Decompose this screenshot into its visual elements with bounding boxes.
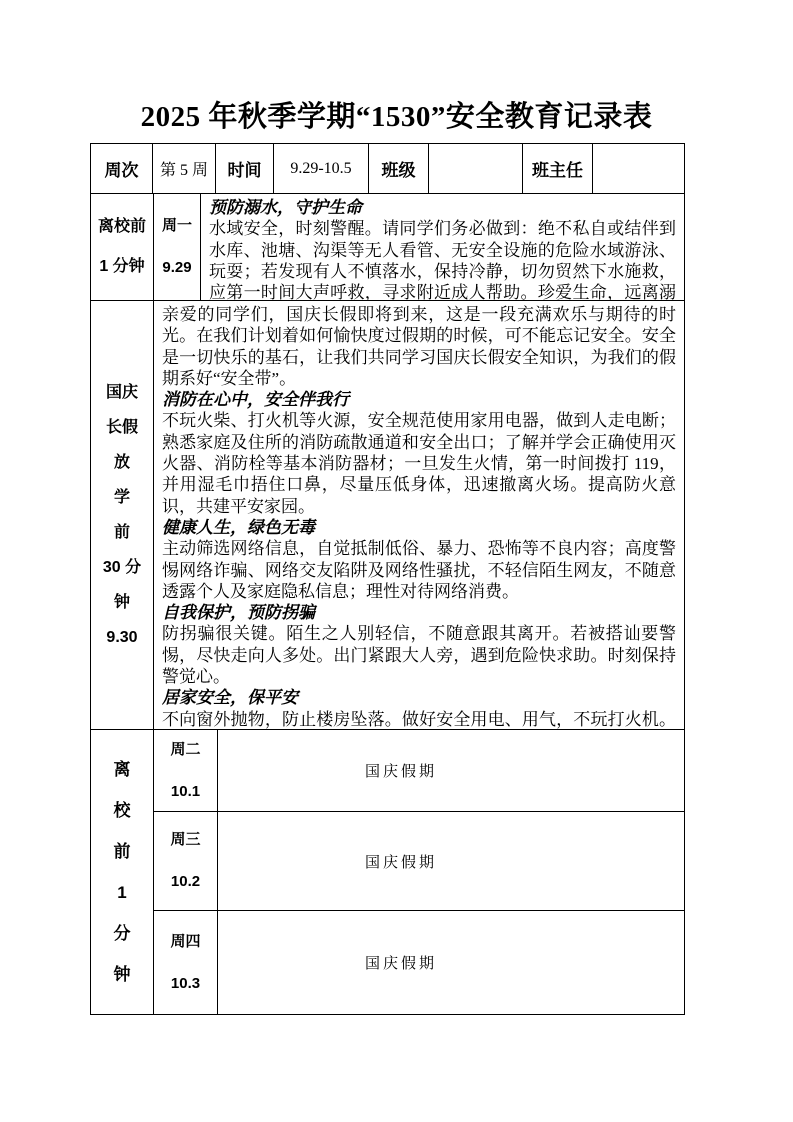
thursday-date: 10.3: [171, 963, 200, 1005]
healthy-life-heading: 健康人生，绿色无毒: [162, 517, 676, 538]
holiday-when-line: 学: [114, 480, 130, 515]
class-label-cell: 班级: [369, 144, 429, 193]
leave-when-char: 钟: [114, 954, 131, 995]
leave-when-char: 分: [114, 913, 131, 954]
document-title: 2025 年秋季学期“1530”安全教育记录表: [0, 94, 793, 135]
leave-when-cell: 离 校 前 1 分 钟: [91, 730, 154, 1014]
class-value-cell[interactable]: [429, 144, 523, 193]
thursday-day-cell: 周四 10.3: [154, 911, 218, 1014]
monday-when-line: 1 分钟: [99, 247, 144, 287]
home-safety-body: 不向窗外抛物，防止楼房坠落。做好安全用电、用气，不玩打火机。不要用食品标识的器具…: [162, 709, 676, 729]
tuesday-day: 周二: [170, 729, 200, 771]
wednesday-day: 周三: [170, 819, 200, 861]
wednesday-row: 周三 10.2 国庆假期: [154, 812, 684, 911]
drowning-prevention-body: 水域安全，时刻警醒。请同学们务必做到：绝不私自或结伴到水库、池塘、沟渠等无人看管…: [209, 218, 676, 300]
safety-record-table: 周次 第 5 周 时间 9.29-10.5 班级 班主任 离校前 1 分钟 周一…: [90, 143, 685, 1015]
holiday-when-line: 前: [114, 515, 130, 550]
leave-when-char: 1: [117, 872, 126, 913]
holiday-when-line: 钟: [114, 585, 130, 620]
home-safety-heading: 居家安全，保平安: [162, 687, 676, 708]
thursday-row: 周四 10.3 国庆假期: [154, 911, 684, 1014]
tuesday-date: 10.1: [171, 771, 200, 813]
tuesday-content-cell: 国庆假期: [218, 730, 684, 811]
holiday-when-line: 30 分: [103, 550, 141, 585]
healthy-life-body: 主动筛选网络信息，自觉抵制低俗、暴力、恐怖等不良内容；高度警惕网络诈骗、网络交友…: [162, 538, 676, 602]
monday-row: 离校前 1 分钟 周一 9.29 预防溺水，守护生命 水域安全，时刻警醒。请同学…: [91, 194, 684, 301]
monday-when-cell: 离校前 1 分钟: [91, 194, 154, 300]
monday-date: 9.29: [162, 247, 191, 289]
thursday-content-cell: 国庆假期: [218, 911, 684, 1014]
leave-when-char: 离: [114, 749, 131, 790]
holiday-when-cell: 国庆 长假 放 学 前 30 分 钟 9.30: [91, 301, 154, 729]
teacher-value-cell[interactable]: [593, 144, 684, 193]
holiday-when-line: 国庆: [106, 375, 138, 410]
self-protection-body: 防拐骗很关键。陌生之人别轻信，不随意跟其离开。若被搭讪要警惕，尽快走向人多处。出…: [162, 623, 676, 687]
days-stack: 周二 10.1 国庆假期 周三 10.2 国庆假期 周四 10.3: [154, 730, 684, 1014]
fire-safety-body: 不玩火柴、打火机等火源，安全规范使用家用电器，做到人走电断；熟悉家庭及住所的消防…: [162, 410, 676, 516]
holiday-intro: 亲爱的同学们，国庆长假即将到来，这是一段充满欢乐与期待的时光。在我们计划着如何愉…: [162, 304, 676, 389]
wednesday-content-cell: 国庆假期: [218, 812, 684, 910]
leave-when-char: 前: [114, 831, 131, 872]
self-protection-heading: 自我保护，预防拐骗: [162, 602, 676, 623]
holiday-row: 国庆 长假 放 学 前 30 分 钟 9.30 亲爱的同学们，国庆长假即将到来，…: [91, 301, 684, 730]
holiday-when-line: 放: [114, 445, 130, 480]
week-label-cell: 周次: [91, 144, 153, 193]
wednesday-day-cell: 周三 10.2: [154, 812, 218, 910]
leave-when-char: 校: [114, 790, 131, 831]
teacher-label-cell: 班主任: [523, 144, 593, 193]
tuesday-row: 周二 10.1 国庆假期: [154, 730, 684, 812]
tuesday-day-cell: 周二 10.1: [154, 730, 218, 811]
monday-content-cell: 预防溺水，守护生命 水域安全，时刻警醒。请同学们务必做到：绝不私自或结伴到水库、…: [201, 194, 684, 300]
thursday-day: 周四: [170, 921, 200, 963]
time-value-cell: 9.29-10.5: [274, 144, 369, 193]
document-page: 2025 年秋季学期“1530”安全教育记录表 周次 第 5 周 时间 9.29…: [0, 0, 793, 1122]
wednesday-date: 10.2: [171, 861, 200, 903]
monday-when-line: 离校前: [98, 207, 146, 247]
holiday-when-line: 长假: [106, 410, 138, 445]
drowning-prevention-heading: 预防溺水，守护生命: [209, 197, 676, 218]
time-label-cell: 时间: [216, 144, 274, 193]
fire-safety-heading: 消防在心中，安全伴我行: [162, 389, 676, 410]
leave-days-row: 离 校 前 1 分 钟 周二 10.1 国庆假期 周三: [91, 730, 684, 1014]
week-value-cell: 第 5 周: [153, 144, 216, 193]
holiday-content-cell: 亲爱的同学们，国庆长假即将到来，这是一段充满欢乐与期待的时光。在我们计划着如何愉…: [154, 301, 684, 729]
header-row: 周次 第 5 周 时间 9.29-10.5 班级 班主任: [91, 144, 684, 194]
holiday-when-line: 9.30: [106, 620, 137, 655]
monday-day: 周一: [162, 205, 192, 247]
monday-day-cell: 周一 9.29: [154, 194, 201, 300]
